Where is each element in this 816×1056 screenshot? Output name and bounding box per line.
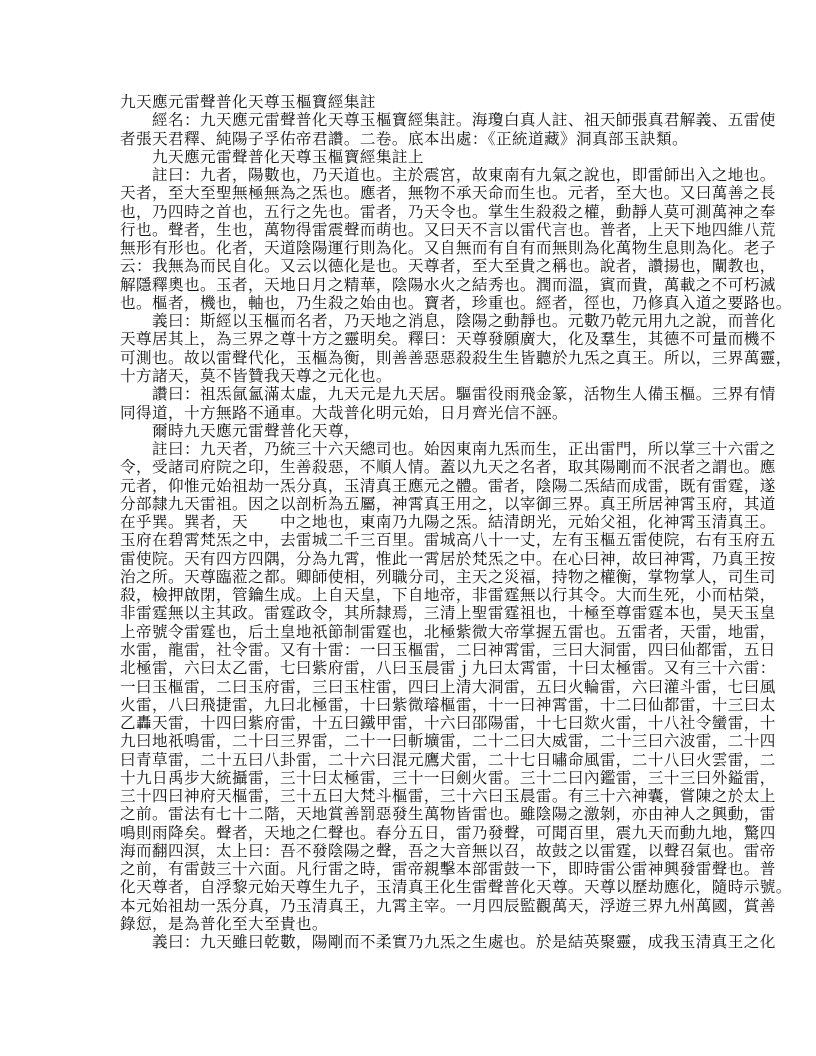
text-line: 一曰玉樞雷，二曰玉府雷，三曰玉柱雷，四曰上清大洞雷，五曰火輪雷，六曰灌斗雷，七曰…	[120, 678, 700, 696]
text-line: 天者，至大至聖無極無為之炁也。應者，無物不承天命而生也。元者，至大也。又曰萬善之…	[120, 184, 700, 202]
text-line: 者張天君釋、純陽子孚佑帝君讚。二卷。底本出處：《正統道藏》洞真部玉訣類。	[120, 130, 700, 148]
text-line: 錄愆，是為普化至大至貴也。	[120, 915, 700, 933]
text-line: 十方諸天，莫不皆贊我天尊之元化也。	[120, 367, 700, 385]
text-line: 火雷，八曰飛捷雷，九曰北極雷，十曰紫微璿樞雷，十一曰神霄雷，十二曰仙都雷，十三曰…	[120, 696, 700, 714]
text-line: 義曰：九天雖曰乾數，陽剛而不柔實乃九炁之生處也。於是結英聚靈，成我玉清真王之化	[120, 933, 700, 951]
text-line: 令，受諸司府院之印，生善殺惡，不順人情。蓋以九天之名者，取其陽剛而不泯者之謂也。…	[120, 458, 700, 476]
text-line: 可測也。故以雷聲代化，玉樞為衡，則善善惡惡殺殺生生皆聽於九炁之真王。所以，三界萬…	[120, 349, 700, 367]
text-line: 也。樞者，機也，軸也，乃生殺之始由也。寶者，珍重也。經者，徑也，乃修真入道之要路…	[120, 294, 700, 312]
text-line: 行也。聲者，生也，萬物得雷震聲而萌也。又曰天不言以雷代言也。普者，上天下地四維八…	[120, 221, 700, 239]
text-line: 鳴則雨降矣。聲者，天地之仁聲也。春分五日，雷乃發聲，可聞百里，震九天而動九地，驚…	[120, 824, 700, 842]
text-line: 本元始祖劫一炁分真，乃玉清真王，九霄主宰。一月四辰監觀萬天，浮遊三界九州萬國，賞…	[120, 897, 700, 915]
document-title: 九天應元雷聲普化天尊玉樞寶經集註	[120, 93, 700, 111]
text-line: 雷使院。天有四方四隅，分為九霄，惟此一霄居於梵炁之中。在心曰神，故曰神霄，乃真王…	[120, 550, 700, 568]
text-line: 殺，檢押啟閉，管鑰生成。上自天皇，下自地帝，非雷霆無以行其令。大而生死，小而枯榮…	[120, 586, 700, 604]
text-line: 海而翻四溟，太上曰：吾不發陰陽之聲，吾之大音無以召，故鼓之以雷霆，以聲召氣也。雷…	[120, 842, 700, 860]
text-line: 之前，有雷鼓三十六面。凡行雷之時，雷帝親擊本部雷鼓一下，即時雷公雷神興發雷聲也。…	[120, 860, 700, 878]
document-page: 九天應元雷聲普化天尊玉樞寶經集註 經名：九天應元雷聲普化天尊玉樞寶經集註。海瓊白…	[120, 93, 700, 951]
text-line: 解隱釋奧也。玉者，天地日月之精華，陰陽水火之結秀也。潤而溫，賓而貴，萬載之不可朽…	[120, 276, 700, 294]
text-line: 註曰：九者，陽數也，乃天道也。主於震宮，故東南有九氣之說也，即雷師出入之地也。	[120, 166, 700, 184]
text-line: 非雷霆無以主其政。雷霆政令，其所隸焉，三清上聖雷霆祖也，十極至尊雷霆本也，昊天玉…	[120, 604, 700, 622]
text-line: 化天尊者，自浮黎元始天尊生九子，玉清真王化生雷聲普化天尊。天尊以歷劫應化，隨時示…	[120, 878, 700, 896]
text-line: 分部隸九天雷祖。因之以剖析為五屬，神霄真王用之，以宰御三界。真王所居神霄玉府，其…	[120, 495, 700, 513]
text-line: 三十四曰神府天樞雷，三十五曰大梵斗樞雷，三十六曰玉晨雷。有三十六神囊，嘗陳之於太…	[120, 787, 700, 805]
text-line: 爾時九天應元雷聲普化天尊，	[120, 422, 700, 440]
text-line: 無形有形也。化者，天道陰陽運行則為化。又自無而有自有而無則為化萬物生息則為化。老…	[120, 239, 700, 257]
text-line: 水雷，龍雷，社令雷。又有十雷：一曰玉樞雷，二曰神霄雷，三曰大洞雷，四曰仙都雷，五…	[120, 641, 700, 659]
text-line: 玉府在碧霄梵炁之中，去雷城二千三百里。雷城高八十一丈，左有玉樞五雷使院，右有玉府…	[120, 531, 700, 549]
text-line: 天尊居其上，為三界之尊十方之靈明矣。釋曰：天尊發願廣大，化及羣生，其德不可量而機…	[120, 330, 700, 348]
text-line: 註曰：九天者，乃統三十六天總司也。始因東南九炁而生，正出雷門，所以掌三十六雷之	[120, 440, 700, 458]
text-line: 曰青草雷，二十五曰八卦雷，二十六曰混元鷹犬雷，二十七日嘯命風雷，二十八曰火雲雷，…	[120, 751, 700, 769]
text-line: 十九日禹步大統攝雷，三十曰太極雷，三十一曰劍火雷。三十二曰內鑑雷，三十三曰外鎰雷…	[120, 769, 700, 787]
text-line: 經名：九天應元雷聲普化天尊玉樞寶經集註。海瓊白真人註、祖天師張真君解義、五雷使	[120, 111, 700, 129]
text-line: 在乎巽。巽者，天 中之地也，東南乃九陽之炁。結清朗光，元始父祖，化神霄玉清真王。	[120, 513, 700, 531]
text-line: 治之所。天尊臨蒞之都。卿師使相，列職分司，主天之災福，持物之權衡，掌物掌人，司生…	[120, 568, 700, 586]
text-line: 也，乃四時之首也，五行之先也。雷者，乃天令也。掌生生殺殺之權，動靜人莫可測萬神之…	[120, 203, 700, 221]
text-line: 乙轟天雷，十四曰紫府雷，十五曰鐵甲雷，十六曰邵陽雷，十七曰欻火雷，十八社令蠻雷，…	[120, 714, 700, 732]
section-heading: 九天應元雷聲普化天尊玉樞寶經集註上	[120, 148, 700, 166]
text-line: 義曰：斯經以玉樞而名者，乃天地之消息，陰陽之動靜也。元數乃乾元用九之說，而普化	[120, 312, 700, 330]
text-line: 九曰地祇鳴雷，二十曰三界雷，二十一曰斬壙雷，二十二曰大威雷，二十三曰六波雷，二十…	[120, 732, 700, 750]
text-line: 同得道，十方無路不通車。大哉普化明元始，日月齊光信不誣。	[120, 404, 700, 422]
text-line: 云：我無為而民自化。又云以德化是也。天尊者，至大至貴之稱也。說者，讚揚也，闡教也…	[120, 257, 700, 275]
text-line: 之前。雷法有七十二階，天地賞善罰惡發生萬物皆雷也。雖陰陽之激剝，亦由神人之興動，…	[120, 805, 700, 823]
text-line: 上帝號令雷霆也，后土皇地祇節制雷霆也，北極紫微大帝掌握五雷也。五雷者，天雷，地雷…	[120, 623, 700, 641]
text-line: 北極雷，六曰太乙雷，七曰紫府雷，八曰玉晨雷ｊ九曰太霄雷，十曰太極雷。又有三十六雷…	[120, 659, 700, 677]
text-line: 讚曰：祖炁氤氳滿太虛，九天元是九天居。驅雷役雨飛金篆，活物生人備玉樞。三界有情	[120, 385, 700, 403]
text-line: 元者，仰惟元始祖劫一炁分真，玉清真王應元之體。雷者，陰陽二炁結而成雷，既有雷霆，…	[120, 477, 700, 495]
